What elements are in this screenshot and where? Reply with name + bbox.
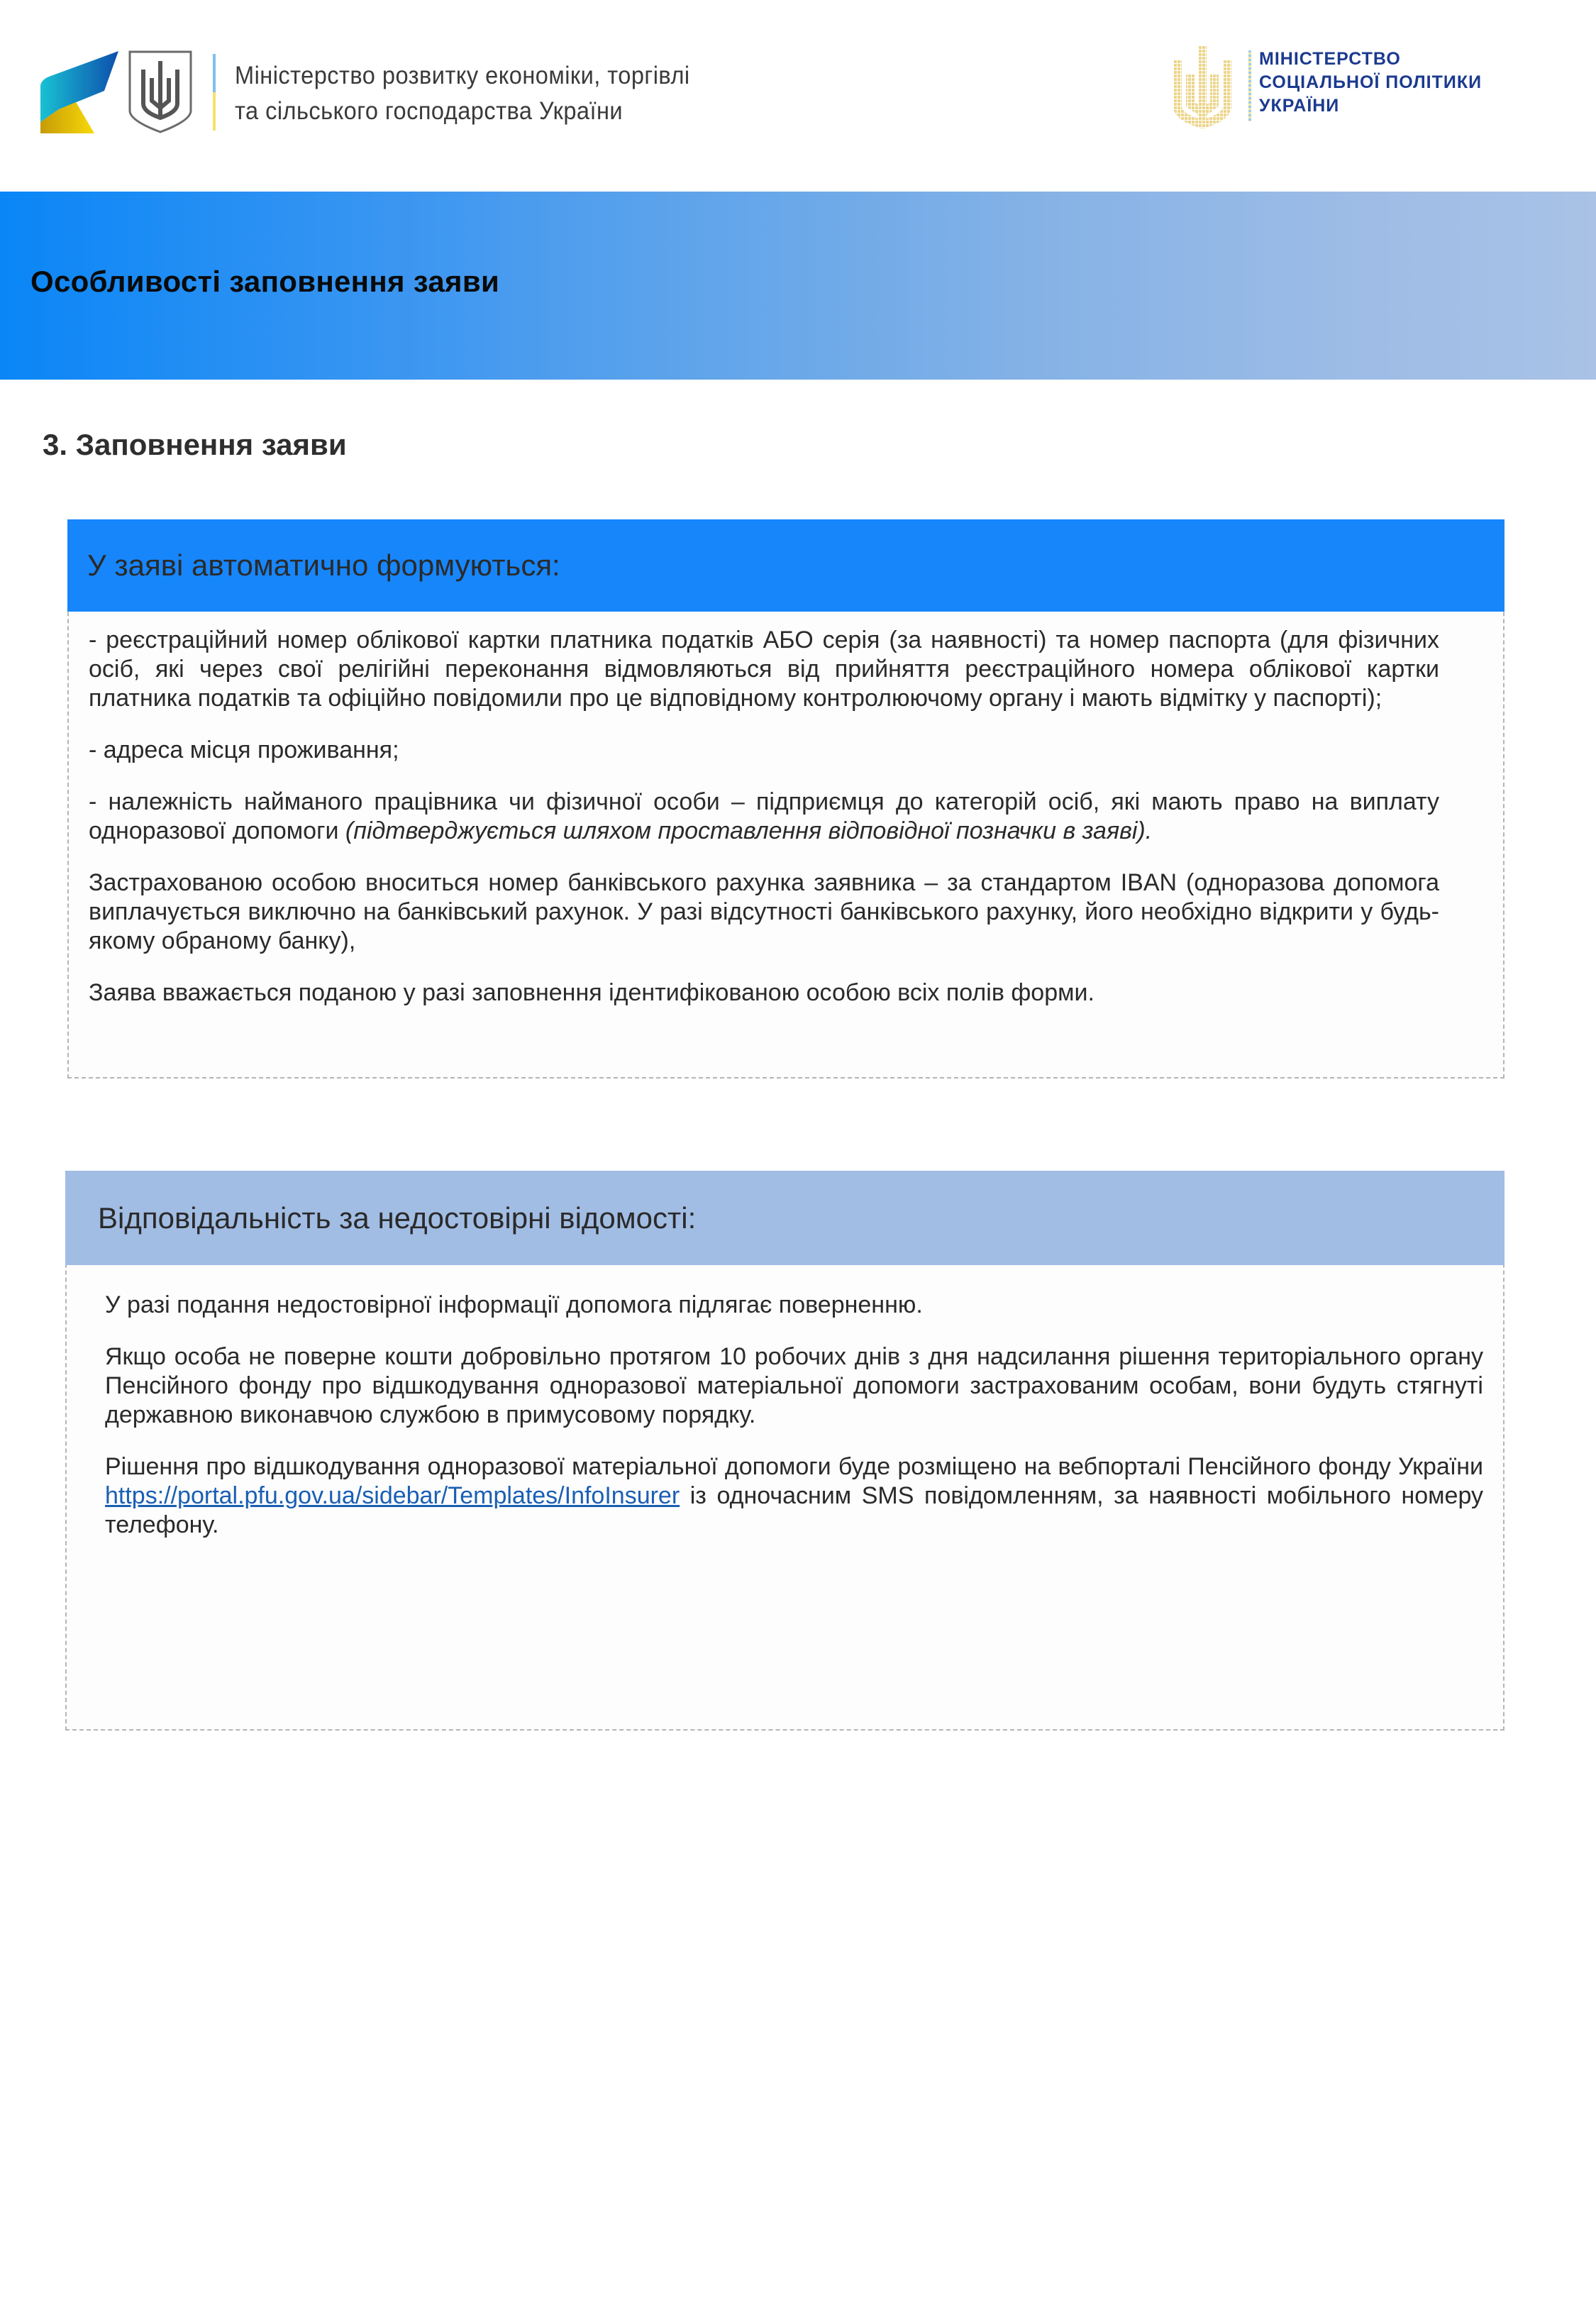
ministry-economy-line1: Міністерство розвитку економіки, торгівл…: [235, 58, 690, 94]
ministry-social-line3: УКРАЇНИ: [1259, 94, 1482, 118]
liability-paragraph: Якщо особа не поверне кошти добровільно …: [105, 1342, 1483, 1430]
ministry-social-logo: МІНІСТЕРСТВО СОЦІАЛЬНОЇ ПОЛІТИКИ УКРАЇНИ: [1163, 39, 1561, 131]
title-banner: Особливості заповнення заяви: [0, 192, 1596, 380]
auto-fields-box: У заяві автоматично формуються: - реєстр…: [67, 519, 1504, 1078]
list-item: - адреса місця проживання;: [89, 736, 1439, 765]
iban-paragraph: Застрахованою особою вноситься номер бан…: [89, 868, 1439, 956]
list-item-note: (підтверджується шляхом проставлення від…: [345, 817, 1152, 844]
list-item: - належність найманого працівника чи фіз…: [89, 788, 1439, 846]
liability-heading: Відповідальність за недостовірні відомос…: [65, 1171, 1504, 1265]
ministry-social-name: МІНІСТЕРСТВО СОЦІАЛЬНОЇ ПОЛІТИКИ УКРАЇНИ: [1259, 48, 1482, 118]
liability-body: У разі подання недостовірної інформації …: [67, 1265, 1503, 1540]
submission-note: Заява вважається поданою у разі заповнен…: [89, 978, 1439, 1008]
ministry-social-line2: СОЦІАЛЬНОЇ ПОЛІТИКИ: [1259, 71, 1482, 94]
pfu-portal-link[interactable]: https://portal.pfu.gov.ua/sidebar/Templa…: [105, 1482, 680, 1509]
ministry-economy-line2: та сільського господарства України: [235, 94, 690, 129]
liability-box: Відповідальність за недостовірні відомос…: [65, 1171, 1504, 1731]
trident-gold-icon: [1163, 39, 1241, 131]
trident-shield-icon: [128, 50, 193, 133]
ribbon-logo-icon: [39, 48, 124, 133]
auto-fields-heading: У заяві автоматично формуються:: [67, 519, 1504, 612]
ministry-social-line1: МІНІСТЕРСТВО: [1259, 48, 1482, 71]
list-item: - реєстраційний номер облікової картки п…: [89, 626, 1439, 713]
paragraph-text: Рішення про відшкодування одноразової ма…: [105, 1453, 1483, 1480]
page-title: Особливості заповнення заяви: [31, 265, 499, 299]
liability-paragraph: У разі подання недостовірної інформації …: [105, 1291, 1483, 1320]
liability-paragraph: Рішення про відшкодування одноразової ма…: [105, 1452, 1483, 1540]
section-title: 3. Заповнення заяви: [43, 428, 347, 462]
ministry-economy-logo: Міністерство розвитку економіки, торгівл…: [39, 48, 748, 133]
logo-divider: [213, 54, 216, 131]
ministry-economy-name: Міністерство розвитку економіки, торгівл…: [235, 58, 690, 129]
logo-divider-dotted: [1248, 50, 1251, 121]
auto-fields-body: - реєстраційний номер облікової картки п…: [69, 612, 1503, 1008]
